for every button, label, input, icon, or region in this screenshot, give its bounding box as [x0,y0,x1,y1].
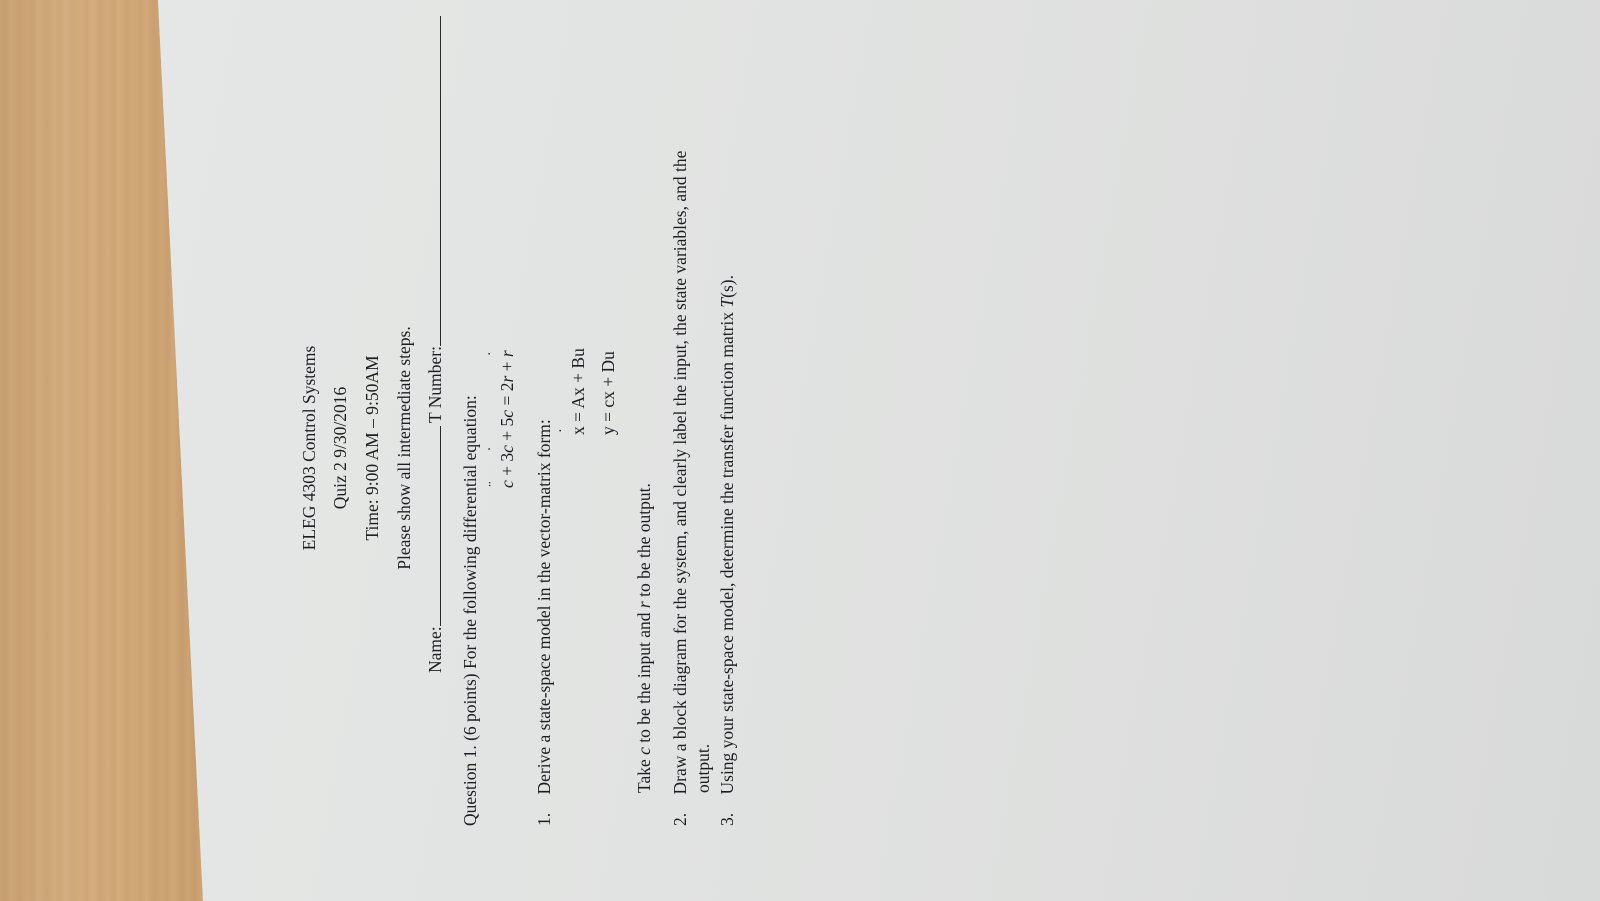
output-equation: y = cx + Du [598,351,619,435]
quiz-text-block: ELEG 4303 Control Systems Quiz 2 9/30/20… [285,8,765,888]
name-blank-line [439,426,441,626]
item-1: 1. Derive a state-space model in the vec… [534,419,555,826]
quiz-time: Time: 9:00 AM – 9:50AM [362,8,383,888]
question-header: Question 1. (6 points) For the following… [460,395,481,826]
item-1-text: Derive a state-space model in the vector… [534,419,554,794]
item-1-number: 1. [534,813,554,826]
course-title: ELEG 4303 Control Systems [299,8,320,888]
tnumber-blank-line [439,16,441,346]
quiz-date: Quiz 2 9/30/2016 [330,8,351,888]
photo-scene: ELEG 4303 Control Systems Quiz 2 9/30/20… [0,0,1600,901]
item-2-number: 2. [670,813,690,826]
item-2-continuation: output. [693,744,714,793]
quiz-paper-sheet [0,0,1600,901]
tnumber-field: T Number: [425,16,446,423]
tnumber-label: T Number: [425,346,445,423]
item-3: 3. Using your state-space model, determi… [717,275,738,826]
state-equation: ˙x = Ax + Bu [568,348,589,435]
differential-equation: ¨c + 3˙c + 5c = 2r + ˙r [497,350,518,488]
item-2-text: Draw a block diagram for the system, and… [670,151,690,795]
instructions: Please show all intermediate steps. [394,8,415,888]
input-output-note: Take c to be the input and r to be the o… [634,483,655,793]
name-label: Name: [425,626,445,673]
name-field: Name: [425,426,446,673]
item-3-text: Using your state-space model, determine … [717,275,737,795]
item-2: 2. Draw a block diagram for the system, … [670,151,691,826]
item-3-number: 3. [717,813,737,826]
